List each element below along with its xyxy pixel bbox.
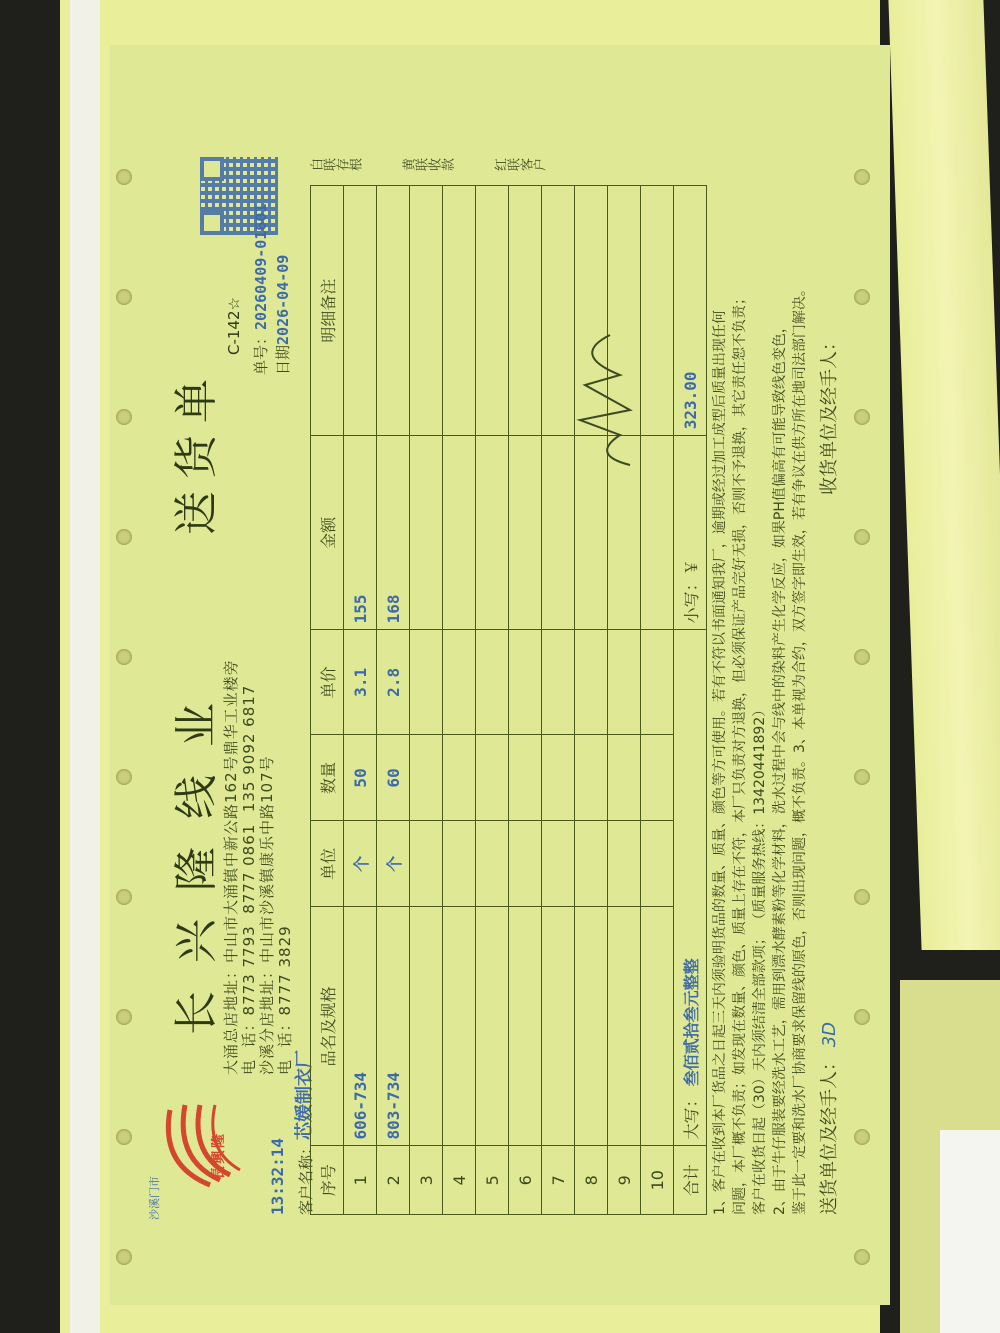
- hole: [854, 769, 870, 785]
- table-row: 5: [476, 186, 509, 1215]
- hole: [116, 649, 132, 665]
- row-unit: [443, 821, 476, 907]
- row-product: 606-734: [344, 907, 377, 1146]
- document-title: 送货单: [160, 367, 224, 535]
- row-price: [641, 630, 674, 735]
- order-number-label: 单号：: [252, 330, 270, 375]
- row-quantity: [542, 735, 575, 821]
- copy-red: 红联客户: [494, 159, 546, 175]
- small-label: 小写：￥: [674, 436, 707, 630]
- row-price: [509, 630, 542, 735]
- copy-legend: 白联存根 黄联收款 红联客户: [310, 135, 586, 175]
- hole: [116, 1009, 132, 1025]
- row-product: [608, 907, 641, 1146]
- row-quantity: [641, 735, 674, 821]
- capital-value: 叁佰贰拾叁元整整: [682, 958, 701, 1086]
- row-product: [641, 907, 674, 1146]
- hole: [854, 169, 870, 185]
- row-unit: [542, 821, 575, 907]
- hole: [116, 1129, 132, 1145]
- row-price: 3.1: [344, 630, 377, 735]
- company-name: 长兴隆线业: [160, 675, 224, 1035]
- hole: [116, 889, 132, 905]
- column-header-unit: 单位: [311, 821, 344, 907]
- row-price: [443, 630, 476, 735]
- table-row: 1 606-734 个 50 3.1 155: [344, 186, 377, 1215]
- row-unit: [641, 821, 674, 907]
- form-code: C-142☆: [225, 297, 243, 355]
- terms-and-conditions: 1、客户在收到本厂货品之日起三天内须验明货品的数量、质量、颜色等方可使用。若有不…: [710, 155, 810, 1215]
- column-header-notes: 明细备注: [311, 186, 344, 436]
- row-note: [509, 186, 542, 436]
- row-index: 4: [443, 1146, 476, 1215]
- row-price: [542, 630, 575, 735]
- hole: [116, 169, 132, 185]
- hole: [116, 289, 132, 305]
- hole: [854, 529, 870, 545]
- row-unit: [410, 821, 443, 907]
- row-quantity: [509, 735, 542, 821]
- hole: [854, 1009, 870, 1025]
- row-note: [377, 186, 410, 436]
- header: 沙溪门市 長興隆 长兴隆线业 送货单 大涌总店地址：中山市大涌镇中新公路162号…: [150, 105, 300, 1235]
- row-unit: [509, 821, 542, 907]
- row-amount: [410, 436, 443, 630]
- copy-white: 白联存根: [310, 159, 362, 175]
- row-unit: [476, 821, 509, 907]
- row-index: 5: [476, 1146, 509, 1215]
- qr-code-icon: [200, 157, 278, 235]
- hole: [854, 409, 870, 425]
- row-quantity: [608, 735, 641, 821]
- terms-line: 问题，本厂概不负责；如发现在数量、颜色、质量上存在不符，本厂只负责对方退换，但必…: [730, 155, 750, 1215]
- perforation-holes-bottom: [854, 45, 884, 1305]
- total-label: 合计: [674, 1146, 707, 1215]
- row-amount: [443, 436, 476, 630]
- hole: [854, 649, 870, 665]
- perforation-holes-top: [116, 45, 146, 1305]
- order-date: 日期2026-04-09: [272, 255, 293, 375]
- row-unit: [608, 821, 641, 907]
- date-value: 2026-04-09: [274, 255, 292, 345]
- hole: [854, 1129, 870, 1145]
- table-row: 2 803-734 个 60 2.8 168: [377, 186, 410, 1215]
- background-receipts-right: [888, 0, 1000, 950]
- hole: [116, 529, 132, 545]
- small-value: 323.00: [674, 186, 707, 436]
- row-product: [542, 907, 575, 1146]
- row-product: [410, 907, 443, 1146]
- terms-line: 2、由于牛仔服装要经洗水工艺，需用到漂水酵素粉等化学材料，洗水过程中会与线中的染…: [770, 155, 790, 1215]
- row-price: 2.8: [377, 630, 410, 735]
- terms-line: 鉴于此一定要和洗水厂协商要求保留线的原色，否则出现问题，概不负责。3、本单视为合…: [790, 155, 810, 1215]
- logo-name: 長興隆: [208, 1132, 228, 1180]
- row-index: 8: [575, 1146, 608, 1215]
- row-product: [575, 907, 608, 1146]
- column-header-quantity: 数量: [311, 735, 344, 821]
- row-amount: 168: [377, 436, 410, 630]
- column-header-price: 单价: [311, 630, 344, 735]
- table-header-row: 序号 品名及规格 单位 数量 单价 金额 明细备注: [311, 186, 344, 1215]
- company-logo-icon: [150, 1095, 260, 1205]
- row-index: 2: [377, 1146, 410, 1215]
- row-amount: [509, 436, 542, 630]
- row-note: [476, 186, 509, 436]
- row-unit: 个: [344, 821, 377, 907]
- print-time: 13:32:14: [268, 1138, 287, 1215]
- background-white-slip: [940, 1130, 1000, 1333]
- handwritten-signature: [560, 325, 650, 475]
- row-quantity: [410, 735, 443, 821]
- row-index: 10: [641, 1146, 674, 1215]
- row-quantity: 50: [344, 735, 377, 821]
- total-capital: 大写： 叁佰贰拾叁元整整: [674, 630, 707, 1146]
- total-row: 合计 大写： 叁佰贰拾叁元整整 小写：￥ 323.00: [674, 186, 707, 1215]
- row-index: 6: [509, 1146, 542, 1215]
- row-product: [509, 907, 542, 1146]
- delivery-note-sheet: 沙溪门市 長興隆 长兴隆线业 送货单 大涌总店地址：中山市大涌镇中新公路162号…: [110, 45, 890, 1305]
- row-quantity: 60: [377, 735, 410, 821]
- row-quantity: [476, 735, 509, 821]
- copy-yellow: 黄联收款: [402, 159, 454, 175]
- row-price: [410, 630, 443, 735]
- row-price: [575, 630, 608, 735]
- row-note: [410, 186, 443, 436]
- row-price: [608, 630, 641, 735]
- column-header-amount: 金额: [311, 436, 344, 630]
- row-unit: [575, 821, 608, 907]
- date-label: 日期: [274, 345, 292, 375]
- column-header-name: 品名及规格: [311, 907, 344, 1146]
- row-product: [443, 907, 476, 1146]
- table-row: 3: [410, 186, 443, 1215]
- capital-label: 大写：: [682, 1091, 701, 1139]
- table-row: 4: [443, 186, 476, 1215]
- signature-row: 送货单位及经手人： 3D 收货单位及经手人：: [815, 155, 841, 1215]
- table-row: 6: [509, 186, 542, 1215]
- row-quantity: [443, 735, 476, 821]
- hole: [854, 1249, 870, 1265]
- row-unit: 个: [377, 821, 410, 907]
- row-index: 1: [344, 1146, 377, 1215]
- column-header-index: 序号: [311, 1146, 344, 1215]
- terms-line: 1、客户在收到本厂货品之日起三天内须验明货品的数量、质量、颜色等方可使用。若有不…: [710, 155, 730, 1215]
- logo-caption: 沙溪门市: [146, 1176, 162, 1220]
- hole: [854, 289, 870, 305]
- delivery-note: 沙溪门市 長興隆 长兴隆线业 送货单 大涌总店地址：中山市大涌镇中新公路162号…: [110, 45, 890, 1305]
- hole: [116, 409, 132, 425]
- row-index: 7: [542, 1146, 575, 1215]
- terms-line: 客户在收货日起（30）天内须结清全部款项； （质量服务热线：1342044189…: [750, 155, 770, 1215]
- row-index: 3: [410, 1146, 443, 1215]
- hole: [116, 1249, 132, 1265]
- row-product: 803-734: [377, 907, 410, 1146]
- hole: [116, 769, 132, 785]
- row-note: [344, 186, 377, 436]
- background-white-paper-edge: [70, 0, 100, 1333]
- receiver-label: 收货单位及经手人：: [815, 333, 841, 495]
- row-product: [476, 907, 509, 1146]
- row-amount: 155: [344, 436, 377, 630]
- sender-signature: 3D: [819, 1022, 840, 1047]
- row-index: 9: [608, 1146, 641, 1215]
- row-price: [476, 630, 509, 735]
- sender-label: 送货单位及经手人：: [819, 1053, 840, 1215]
- hole: [854, 889, 870, 905]
- row-amount: [476, 436, 509, 630]
- row-quantity: [575, 735, 608, 821]
- row-note: [443, 186, 476, 436]
